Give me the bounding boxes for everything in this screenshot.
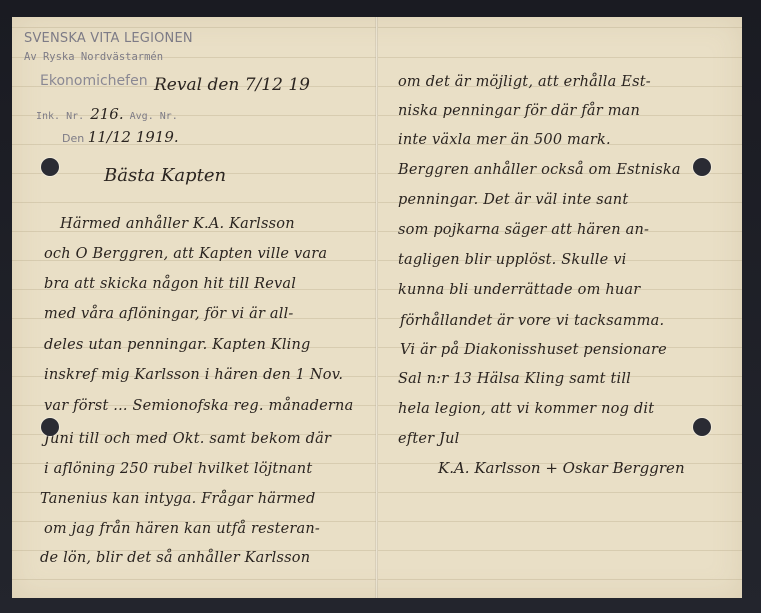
stamp-department: Ekonomichefen <box>40 73 148 89</box>
letter-line: som pojkarna säger att hären an- <box>398 222 649 238</box>
letter-line: om jag från hären kan utfå resteran- <box>44 521 320 537</box>
punch-hole <box>41 158 59 176</box>
stamp-subtitle: Av Ryska Nordvästarmén <box>24 51 163 63</box>
letter-line: niska penningar för där får man <box>398 103 640 119</box>
letter-line: i aflöning 250 rubel hvilket löjtnant <box>44 461 312 477</box>
letter-line: hela legion, att vi kommer nog dit <box>398 401 654 417</box>
letter-line: Berggren anhåller också om Estniska <box>398 162 681 178</box>
letter-line: Sal n:r 13 Hälsa Kling samt till <box>398 371 631 387</box>
letter-line: de lön, blir det så anhåller Karlsson <box>40 550 310 566</box>
letter-line: Vi är på Diakonisshuset pensionare <box>400 342 667 358</box>
letter-line: med våra aflöningar, för vi är all- <box>44 306 294 322</box>
letter-line: inskref mig Karlsson i hären den 1 Nov. <box>44 367 343 383</box>
letter-line: bra att skicka någon hit till Reval <box>44 276 296 292</box>
salutation: Bästa Kapten <box>104 165 226 186</box>
stamp-ink-label: Ink. Nr. <box>36 111 84 122</box>
letter-line: efter Jul <box>398 431 460 447</box>
punch-hole <box>41 418 59 436</box>
letter-line: tagligen blir upplöst. Skulle vi <box>398 252 626 268</box>
letter-line: var först ... Semionofska reg. månaderna <box>44 398 353 414</box>
letter-line: inte växla mer än 500 mark. <box>398 132 611 148</box>
letter-line: om det är möjligt, att erhålla Est- <box>398 74 651 90</box>
letter-sheet: SVENSKA VITA LEGIONEN Av Ryska Nordvästa… <box>12 17 742 598</box>
signature: K.A. Karlsson + Oskar Berggren <box>438 459 685 477</box>
stamp-date-value: 11/12 1919. <box>88 128 179 146</box>
left-page: SVENSKA VITA LEGIONEN Av Ryska Nordvästa… <box>12 17 376 598</box>
stamp-avg-label: Avg. Nr. <box>130 111 178 122</box>
letter-line: kunna bli underrättade om huar <box>398 282 640 298</box>
place-date: Reval den 7/12 19 <box>154 75 310 95</box>
letter-line: förhållandet är vore vi tacksamma. <box>400 313 664 329</box>
letter-line: Juni till och med Okt. samt bekom där <box>44 431 331 447</box>
stamp-date-label: Den <box>62 132 84 145</box>
letter-line: penningar. Det är väl inte sant <box>398 192 628 208</box>
letter-line: deles utan penningar. Kapten Kling <box>44 337 311 353</box>
right-page: om det är möjligt, att erhålla Est- nisk… <box>378 17 742 598</box>
stamp-ink-number: 216. <box>90 105 123 123</box>
stamp-date-row: Den 11/12 1919. <box>62 128 179 146</box>
stamp-ink-row: Ink. Nr. 216. Avg. Nr. <box>36 105 178 123</box>
letter-line: Tanenius kan intyga. Frågar härmed <box>40 491 315 507</box>
letter-line: Härmed anhåller K.A. Karlsson <box>60 216 295 232</box>
letter-line: och O Berggren, att Kapten ville vara <box>44 246 327 262</box>
stamp-organization: SVENSKA VITA LEGIONEN <box>24 31 193 46</box>
punch-hole <box>693 418 711 436</box>
punch-hole <box>693 158 711 176</box>
